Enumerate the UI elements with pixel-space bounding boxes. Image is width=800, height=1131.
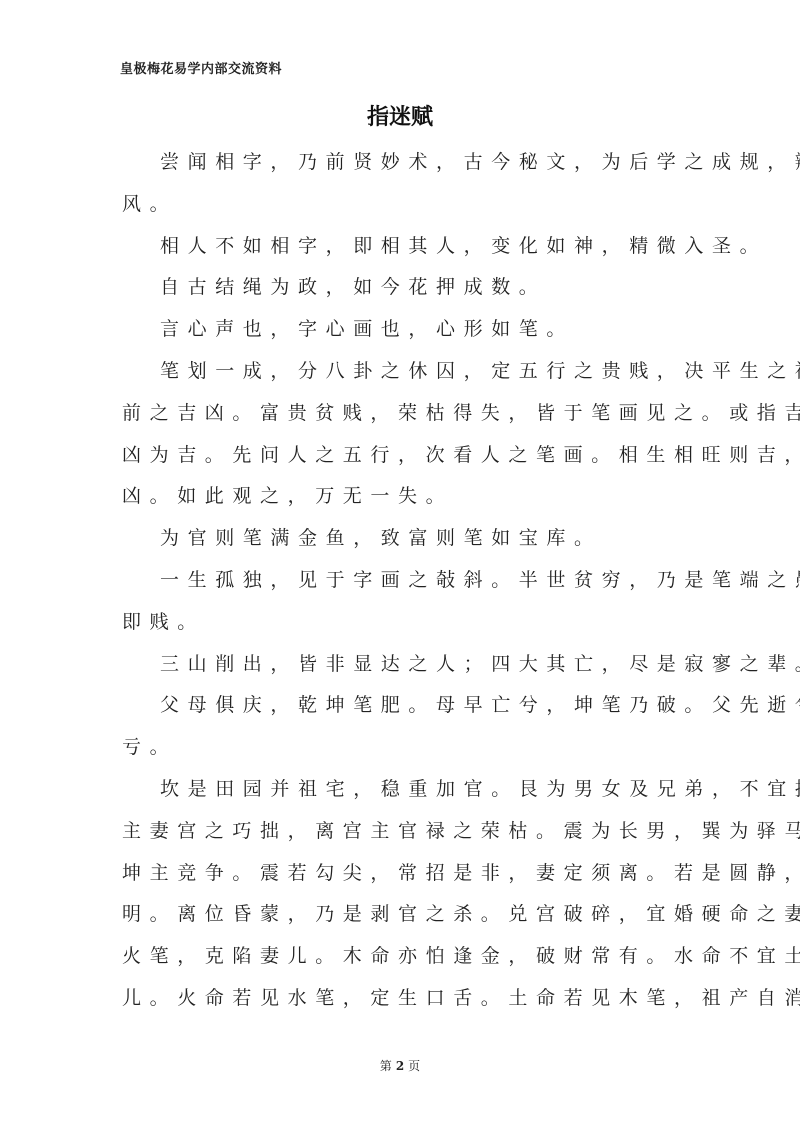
text-line: 明。离位昏蒙，乃是剥官之杀。兑宫破碎，宜婚硬命之妻。金命相逢 — [122, 898, 692, 940]
text-line: 一生孤独，见于字画之敧斜。半世贫穷，乃是笔端之愚浊，非夭 — [122, 564, 692, 606]
text-line: 亏。 — [122, 731, 692, 773]
text-line: 凶。如此观之，万无一失。 — [122, 480, 692, 522]
text-line: 即贱。 — [122, 606, 692, 648]
text-line: 父母俱庆，乾坤笔肥。母早亡兮，坤笔乃破。父先逝兮，乾笔乃 — [122, 689, 692, 731]
text-line: 笔划一成，分八卦之休囚，定五行之贵贱，决平生之祸福，知目 — [122, 355, 692, 397]
text-line: 相人不如相字，即相其人，变化如神，精微入圣。 — [122, 230, 692, 272]
text-line: 言心声也，字心画也，心形如笔。 — [122, 313, 692, 355]
text-line: 坎是田园并祖宅，稳重加官。艮为男女及兄弟，不宜损折。兑上 — [122, 773, 692, 815]
text-line: 尝闻相字，乃前贤妙术，古今秘文，为后学之成规，辨吉凶之易 — [122, 146, 692, 188]
document-header: 皇极梅花易学内部交流资料 — [120, 58, 282, 77]
document-title: 指迷赋 — [0, 100, 800, 131]
text-line: 三山削出，皆非显达之人；四大其亡，尽是寂寥之辈。 — [122, 648, 692, 690]
text-line: 风。 — [122, 188, 692, 230]
text-line: 坤主竞争。震若勾尖，常招是非，妻定须离。若是圆静，禄官亦要清 — [122, 857, 692, 899]
document-body: 尝闻相字，乃前贤妙术，古今秘文，为后学之成规，辨吉凶之易 风。 相人不如相字，即… — [122, 146, 692, 1024]
text-line: 自古结绳为政，如今花押成数。 — [122, 271, 692, 313]
page-suffix: 页 — [408, 1059, 420, 1073]
page-number-footer: 第2页 — [0, 1057, 800, 1074]
text-line: 为官则笔满金鱼，致富则笔如宝库。 — [122, 522, 692, 564]
text-line: 凶为吉。先问人之五行，次看人之笔画。相生相旺则吉，相克相泄则 — [122, 439, 692, 481]
page-prefix: 第 — [380, 1059, 392, 1073]
text-line: 儿。火命若见水笔，定生口舌。土命若见木笔，祖产自消。相生相旺 — [122, 982, 692, 1024]
text-line: 主妻宫之巧拙，离宫主官禄之荣枯。震为长男，巽为驿马，乾离囚走， — [122, 815, 692, 857]
page-number: 2 — [396, 1059, 404, 1073]
text-line: 火笔，克陷妻儿。木命亦怕逢金，破财常有。水命不宜土笔，不见男 — [122, 940, 692, 982]
text-line: 前之吉凶。富贵贫贱，荣枯得失，皆于笔画见之。或指吉为凶，或指 — [122, 397, 692, 439]
